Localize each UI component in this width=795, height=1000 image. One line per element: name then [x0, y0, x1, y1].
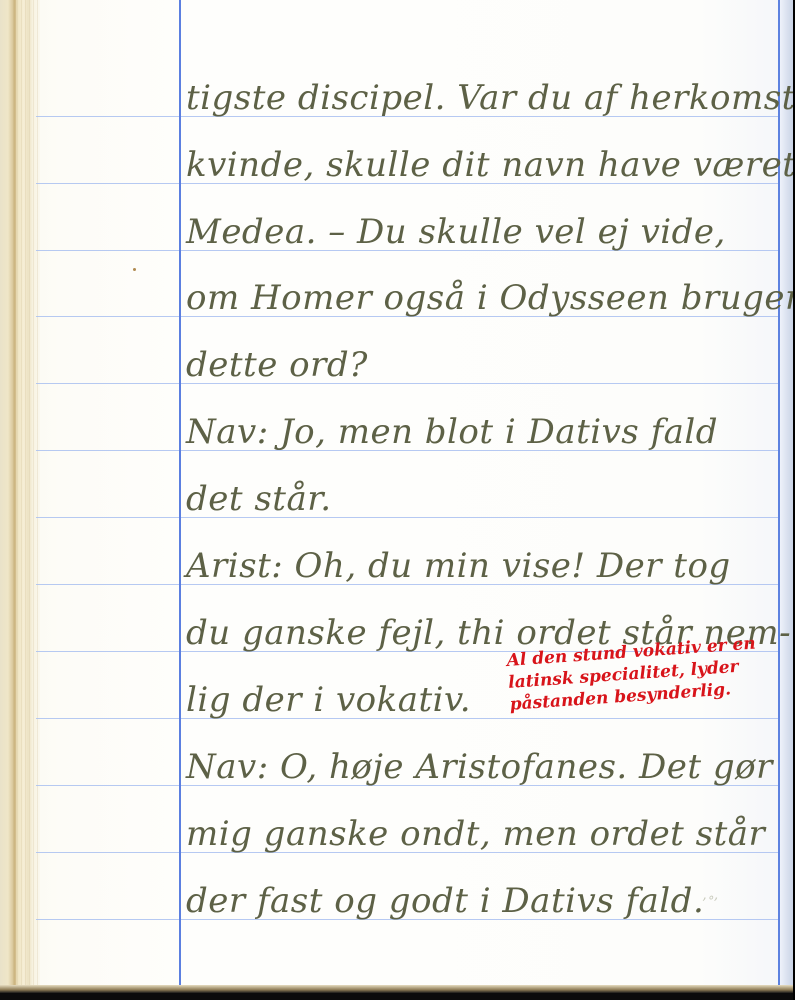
handwritten-line: tigste discipel. Var du af herkomst — [186, 70, 793, 126]
notebook-page: tigste discipel. Var du af herkomst kvin… — [0, 0, 793, 993]
ink-speck — [133, 268, 136, 271]
faint-ink-smudge: ’˚’ — [702, 896, 718, 912]
ruled-line — [36, 383, 781, 384]
handwritten-line: Nav: O, høje Aristofanes. Det gør — [186, 739, 773, 795]
handwritten-line: om Homer også i Odysseen bruger — [186, 270, 793, 326]
handwritten-line: dette ord? — [186, 337, 368, 393]
handwritten-line: lig der i vokativ. — [186, 672, 471, 728]
handwritten-line: det står. — [186, 471, 332, 527]
handwritten-line: der fast og godt i Dativs fald. — [186, 873, 704, 929]
handwritten-line: Arist: Oh, du min vise! Der tog — [186, 538, 731, 594]
left-margin-line — [179, 0, 181, 993]
handwritten-line: kvinde, skulle dit navn have været — [186, 137, 793, 193]
page-bottom-edge — [0, 985, 793, 993]
handwritten-line: Medea. – Du skulle vel ej vide, — [186, 204, 726, 260]
handwritten-line: mig ganske ondt, men ordet står — [186, 806, 765, 862]
ruled-line — [36, 517, 781, 518]
page-edge-stack — [0, 0, 40, 993]
handwritten-line: Nav: Jo, men blot i Dativs fald — [186, 404, 718, 460]
